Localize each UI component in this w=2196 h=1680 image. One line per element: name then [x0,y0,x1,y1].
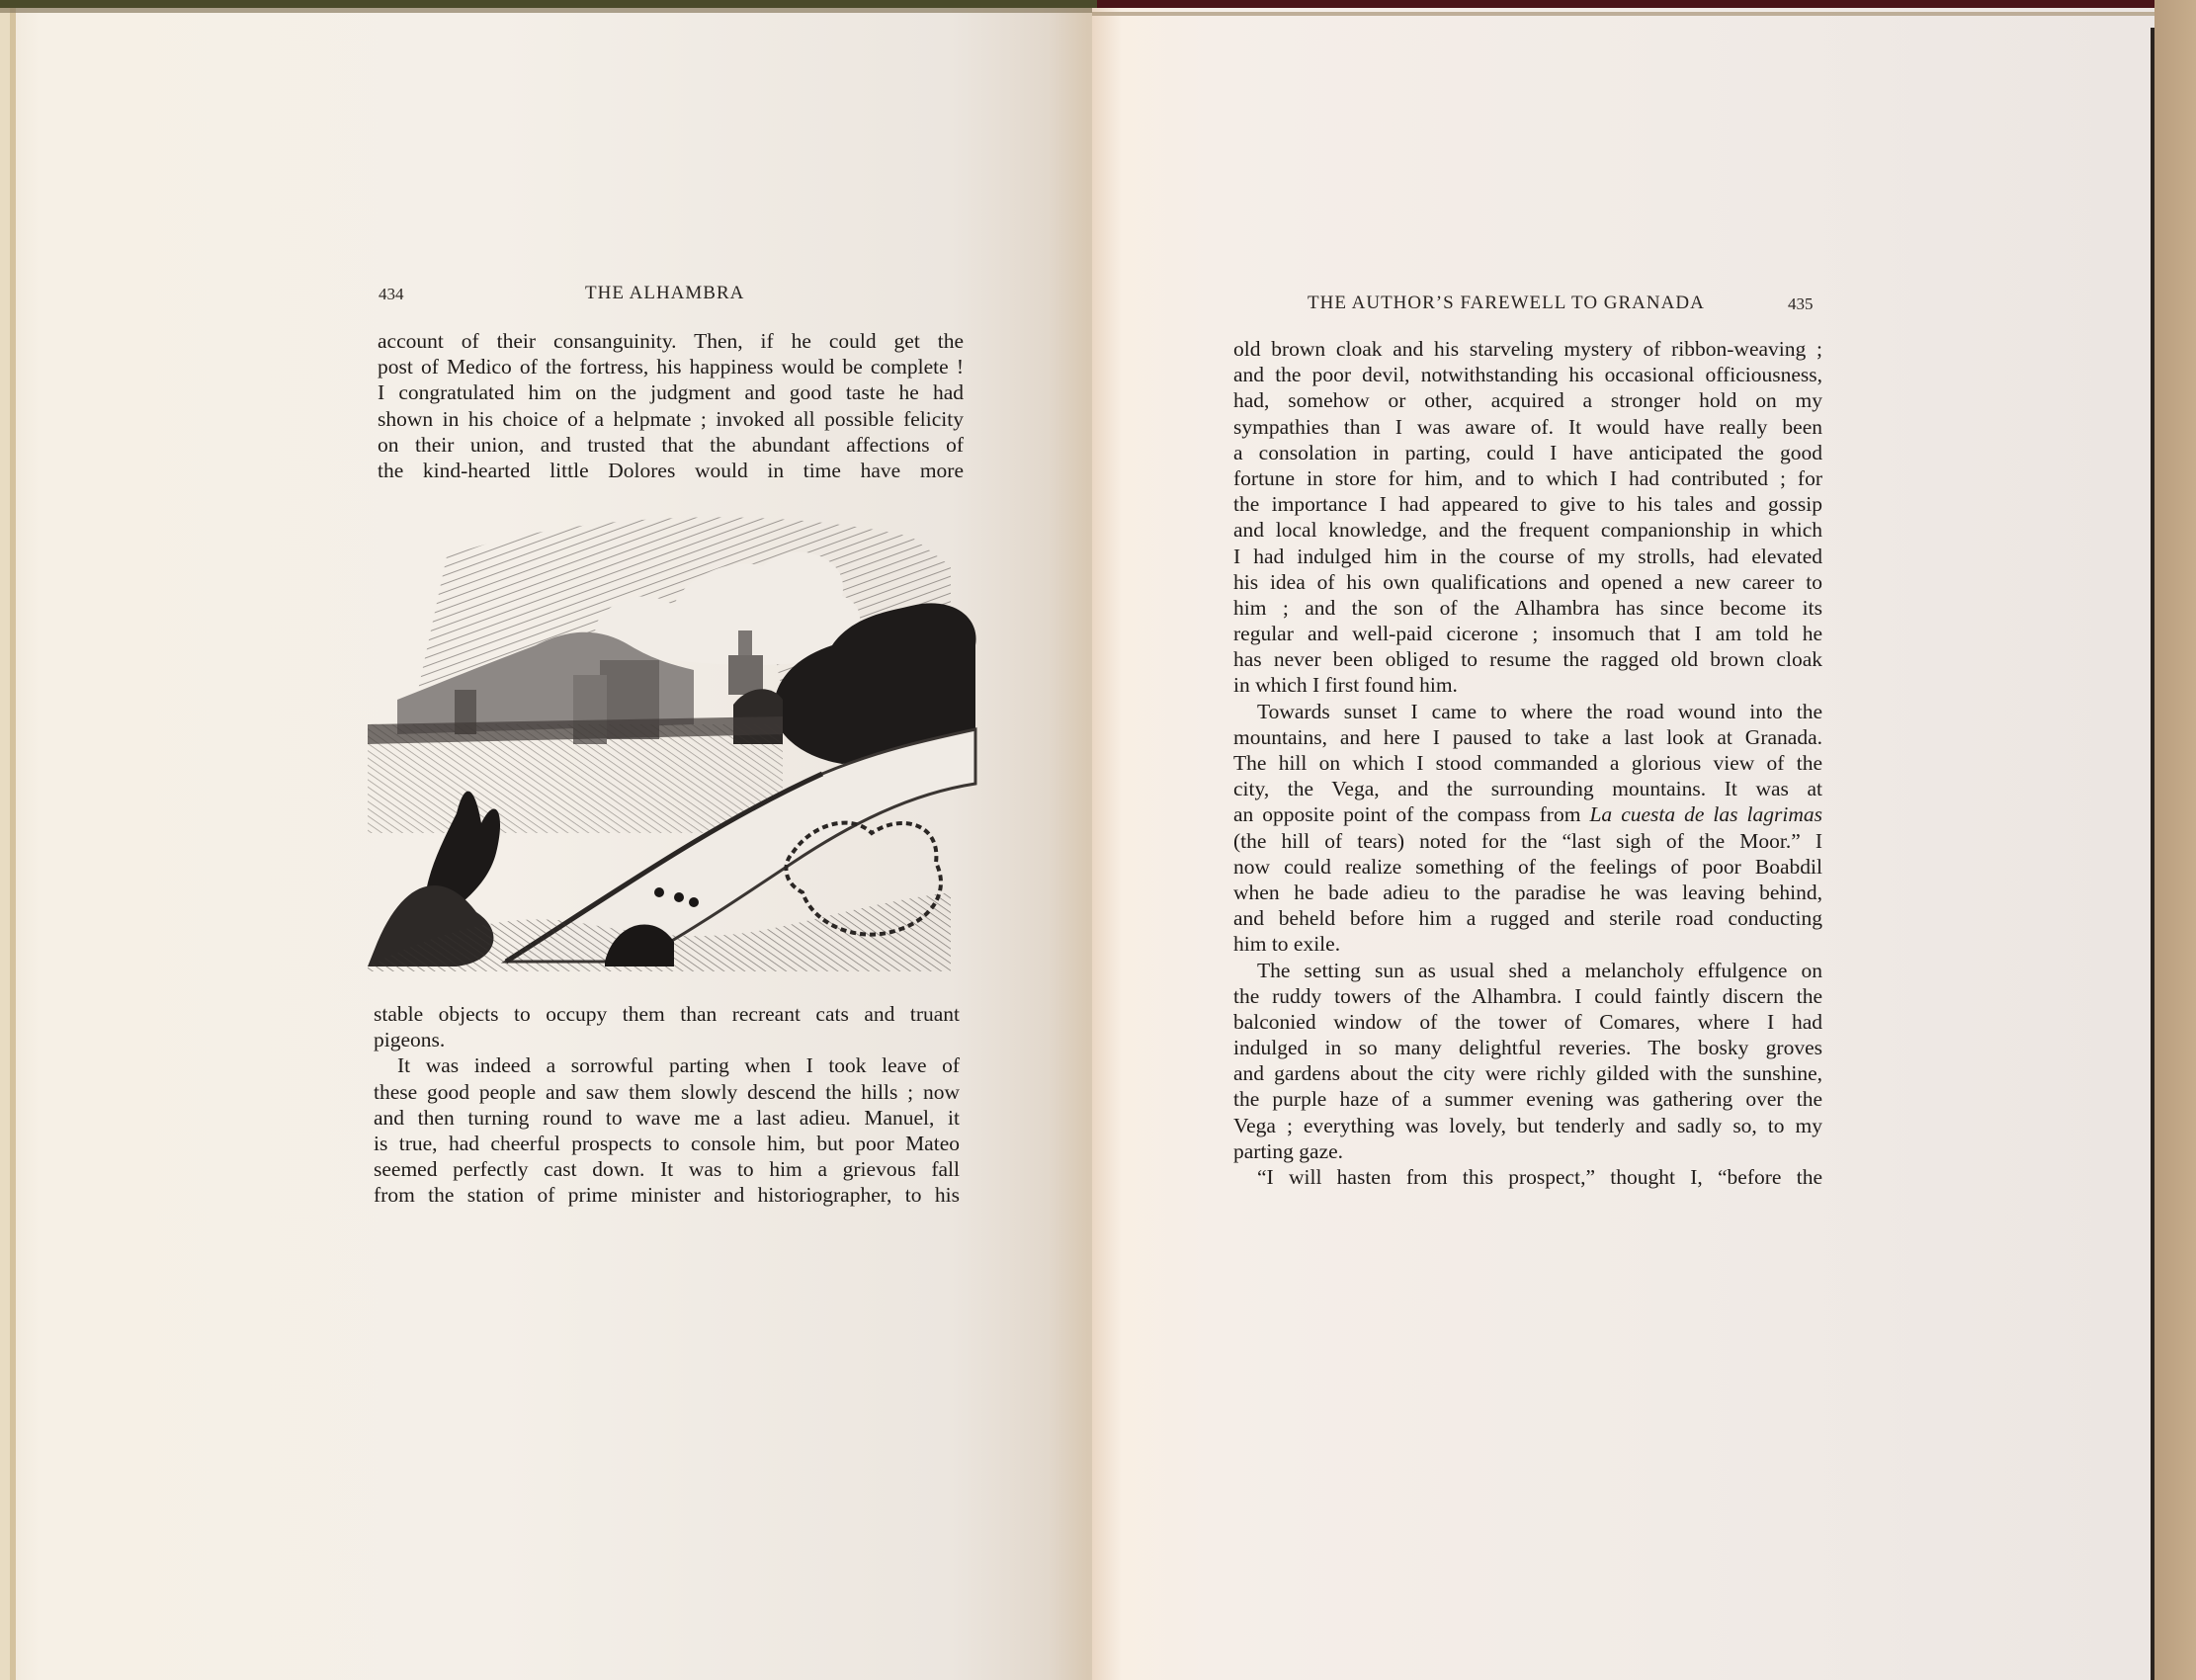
text-line: and then turning round to wave me a last… [374,1105,960,1131]
text-line: old brown cloak and his starveling myste… [1233,336,1822,362]
text-line: the ruddy towers of the Alhambra. I coul… [1233,983,1822,1009]
text-line: account of their consanguinity. Then, if… [378,328,964,354]
left-page-text-top: account of their consanguinity. Then, if… [378,328,964,483]
text-line: and the poor devil, notwithstanding his … [1233,362,1822,387]
text-line: the kind-hearted little Dolores would in… [378,458,964,483]
running-head-left: THE ALHAMBRA [585,283,744,304]
text-line: parting gaze. [1233,1138,1822,1164]
text-line: in which I first found him. [1233,672,1822,698]
text-line: on their union, and trusted that the abu… [378,432,964,458]
right-page-edge [2151,28,2154,1680]
text-line: when he bade adieu to the paradise he wa… [1233,880,1822,905]
text-line: regular and well-paid cicerone ; insomuc… [1233,621,1822,646]
left-page-top-edge [0,8,1092,13]
text-line: and beheld before him a rugged and steri… [1233,905,1822,931]
text-line: (the hill of tears) noted for the “last … [1233,828,1822,854]
right-page-top-edge [1092,12,2154,16]
text-line: from the station of prime minister and h… [374,1182,960,1208]
page-number-right: 435 [1788,294,1814,314]
text-line: mountains, and here I paused to take a l… [1233,724,1822,750]
text-line: “I will hasten from this prospect,” thou… [1233,1164,1822,1190]
text-line: his idea of his own qualifications and o… [1233,569,1822,595]
text-line: city, the Vega, and the surrounding moun… [1233,776,1822,801]
text-line: is true, had cheerful prospects to conso… [374,1131,960,1156]
text-line: him to exile. [1233,931,1822,957]
text-line: indulged in so many delightful reveries.… [1233,1035,1822,1060]
text-line: stable objects to occupy them than recre… [374,1001,960,1027]
text-line: pigeons. [374,1027,960,1052]
left-page-text-bottom: stable objects to occupy them than recre… [374,1001,960,1209]
text-line: him ; and the son of the Alhambra has si… [1233,595,1822,621]
text-line: the importance I had appeared to give to… [1233,491,1822,517]
left-page-deckle-edge [10,8,16,1680]
left-page: 434 THE ALHAMBRA account of their consan… [0,8,1092,1680]
text-line: had, somehow or other, acquired a strong… [1233,387,1822,413]
italic-phrase: La cuesta de las lagrimas [1589,802,1822,826]
text-line: the purple haze of a summer evening was … [1233,1086,1822,1112]
text-line: The hill on which I stood commanded a gl… [1233,750,1822,776]
text-line: a consolation in parting, could I have a… [1233,440,1822,465]
landscape-sketch-icon [358,497,980,971]
text-line: these good people and saw them slowly de… [374,1079,960,1105]
text-line: seemed perfectly cast down. It was to hi… [374,1156,960,1182]
text-line: I had indulged him in the course of my s… [1233,544,1822,569]
right-page-text: old brown cloak and his starveling myste… [1233,336,1822,1190]
right-page: THE AUTHOR’S FAREWELL TO GRANADA 435 old… [1092,8,2154,1680]
left-page-outer-edge [0,8,10,1680]
text-line: shown in his choice of a helpmate ; invo… [378,406,964,432]
text-line: Vega ; everything was lovely, but tender… [1233,1113,1822,1138]
open-book-spread: 434 THE ALHAMBRA account of their consan… [0,8,2196,1680]
text-line: balconied window of the tower of Comares… [1233,1009,1822,1035]
text-line: now could realize something of the feeli… [1233,854,1822,880]
text-line: The setting sun as usual shed a melancho… [1233,958,1822,983]
alhambra-illustration [358,497,980,971]
text-line: Towards sunset I came to where the road … [1233,699,1822,724]
text-line: It was indeed a sorrowful parting when I… [374,1052,960,1078]
running-head-right: THE AUTHOR’S FAREWELL TO GRANADA [1308,293,1705,314]
text-line: has never been obliged to resume the rag… [1233,646,1822,672]
text-line: post of Medico of the fortress, his happ… [378,354,964,379]
text-line: fortune in store for him, and to which I… [1233,465,1822,491]
text-line: an opposite point of the compass from La… [1233,801,1822,827]
text-line: and gardens about the city were richly g… [1233,1060,1822,1086]
text-line: I congratulated him on the judgment and … [378,379,964,405]
text-line: sympathies than I was aware of. It would… [1233,414,1822,440]
text-line: and local knowledge, and the frequent co… [1233,517,1822,543]
page-number-left: 434 [379,285,404,304]
